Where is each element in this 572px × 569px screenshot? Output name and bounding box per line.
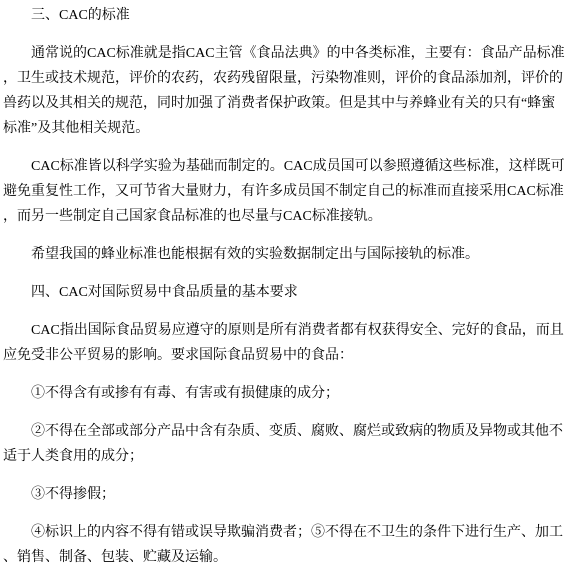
list-item-1: ①不得含有或掺有有毒、有害或有损健康的成分； (3, 381, 569, 406)
list-item-3: ③不得掺假； (3, 482, 569, 507)
paragraph-trade-principle: CAC指出国际食品贸易应遵守的原则是所有消费者都有权获得安全、完好的食品，而且应… (3, 318, 569, 368)
section-heading-cac-trade-requirements: 四、CAC对国际贸易中食品质量的基本要求 (3, 280, 569, 305)
section-heading-cac-standards: 三、CAC的标准 (3, 3, 569, 28)
list-item-2: ②不得在全部或部分产品中含有杂质、变质、腐败、腐烂或致病的物质及异物或其他不适于… (3, 419, 569, 469)
paragraph-hope-national-standard: 希望我国的蜂业标准也能根据有效的实验数据制定出与国际接轨的标准。 (3, 242, 569, 267)
document-page: 三、CAC的标准 通常说的CAC标准就是指CAC主管《食品法典》的中各类标准，主… (0, 0, 572, 569)
paragraph-cac-scientific-basis: CAC标准皆以科学实验为基础而制定的。CAC成员国可以参照遵循这些标准，这样既可… (3, 154, 569, 229)
paragraph-cac-standard-overview: 通常说的CAC标准就是指CAC主管《食品法典》的中各类标准，主要有：食品产品标准… (3, 41, 569, 141)
list-item-4-5: ④标识上的内容不得有错或误导欺骗消费者；⑤不得在不卫生的条件下进行生产、加工、销… (3, 520, 569, 569)
